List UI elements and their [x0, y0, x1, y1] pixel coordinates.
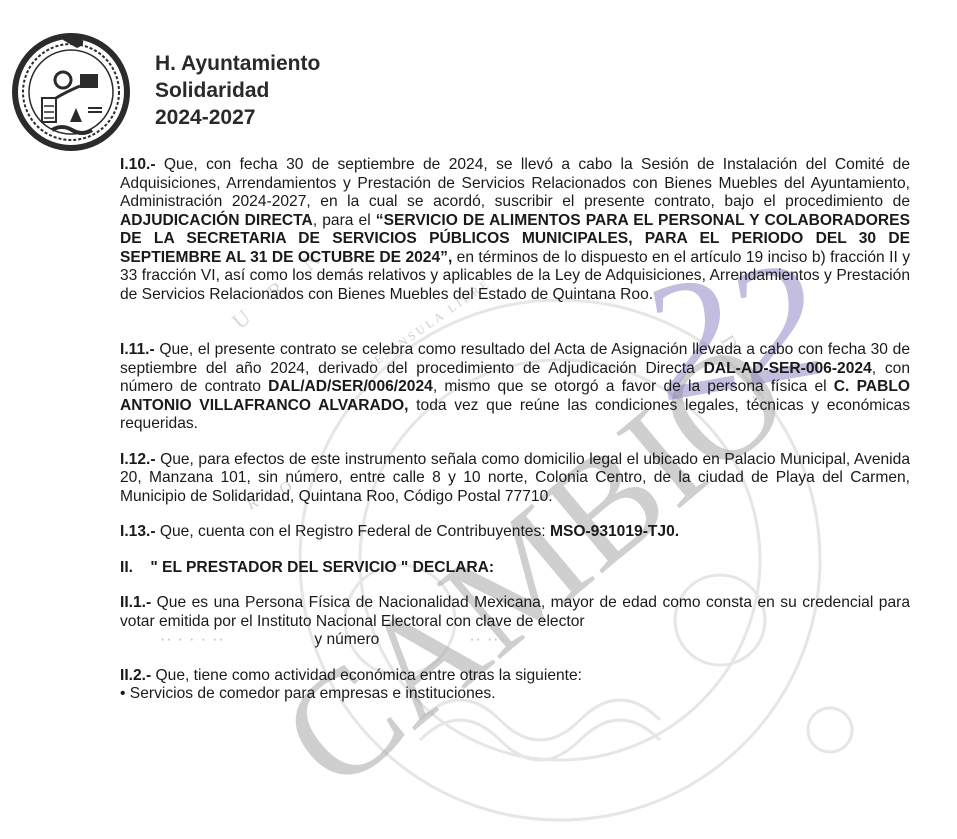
clause-i11: I.11.- Que, el presente contrato se cele… — [120, 341, 910, 434]
activity-list-item: • Servicios de comedor para empresas e i… — [120, 685, 910, 704]
clause-text: Que, con fecha 30 de septiembre de 2024,… — [120, 156, 910, 210]
clause-label: I.11.- — [120, 341, 155, 358]
org-line-3: 2024-2027 — [155, 104, 320, 131]
clause-i12: I.12.- Que, para efectos de este instrum… — [120, 451, 910, 507]
contract-number: DAL/AD/SER/006/2024 — [268, 378, 433, 395]
clause-i13: I.13.- Que, cuenta con el Registro Feder… — [120, 523, 910, 542]
org-line-1: H. Ayuntamiento — [155, 50, 320, 77]
clause-text: Que es una Persona Física de Nacionalida… — [120, 594, 910, 630]
org-line-2: Solidaridad — [155, 77, 320, 104]
procedure-type: ADJUDICACIÓN DIRECTA — [120, 212, 313, 229]
procedure-number: DAL-AD-SER-006-2024 — [704, 360, 872, 377]
clause-text: , mismo que se otorgó a favor de la pers… — [433, 378, 834, 395]
organization-name: H. Ayuntamiento Solidaridad 2024-2027 — [155, 50, 320, 131]
rfc-value: MSO-931019-TJ0. — [550, 523, 679, 540]
clause-text: Que, para efectos de este instrumento se… — [120, 451, 910, 505]
clause-text: y número — [310, 631, 379, 648]
clause-label: II.2.- — [120, 667, 151, 684]
document-body: I.10.- Que, con fecha 30 de septiembre d… — [120, 156, 910, 704]
clause-label: I.12.- — [120, 451, 156, 468]
clause-text: Que, tiene como actividad económica entr… — [151, 667, 582, 684]
clause-label: I.10.- — [120, 156, 156, 173]
clause-text: Que, cuenta con el Registro Federal de C… — [156, 523, 550, 540]
redacted-elector-key: ·· · · · ·· — [120, 631, 310, 650]
activity-text: Servicios de comedor para empresas e ins… — [125, 685, 495, 702]
clause-ii2: II.2.- Que, tiene como actividad económi… — [120, 667, 910, 686]
clause-ii1: II.1.- Que es una Persona Física de Naci… — [120, 594, 910, 650]
municipal-seal-icon — [8, 22, 134, 152]
clause-i10: I.10.- Que, con fecha 30 de septiembre d… — [120, 156, 910, 304]
clause-text: , para el — [313, 212, 376, 229]
redacted-number: ·· ··· — [379, 631, 505, 650]
clause-label: II.1.- — [120, 594, 151, 611]
document-header: H. Ayuntamiento Solidaridad 2024-2027 — [0, 0, 957, 150]
section-ii-heading: II. " EL PRESTADOR DEL SERVICIO " DECLAR… — [120, 559, 910, 578]
clause-label: I.13.- — [120, 523, 156, 540]
